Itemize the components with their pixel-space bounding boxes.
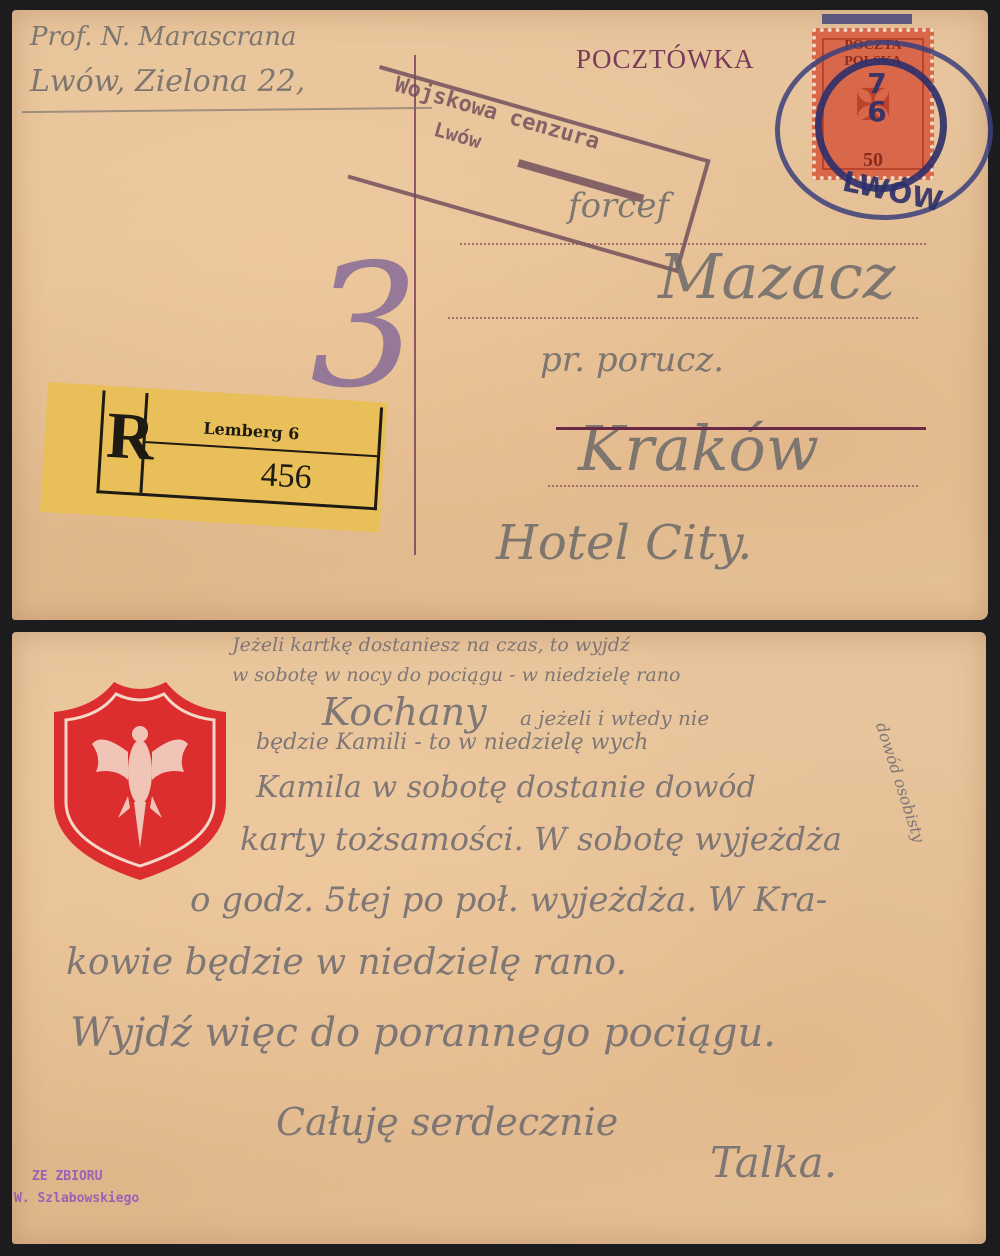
address-line [548, 485, 918, 487]
eagle-shield-icon [44, 672, 236, 884]
recipient-street: Hotel City. [496, 515, 752, 571]
registration-frame: R Lemberg 6 456 [96, 390, 383, 510]
message-greeting: Kochany [322, 690, 487, 734]
recipient-city: Kraków [578, 412, 819, 485]
recipient-rank: pr. porucz. [540, 340, 724, 380]
message-line: kowie będzie w niedzielę rano. [66, 942, 627, 983]
recipient-surname: Mazacz [658, 240, 895, 313]
collection-stamp-line: W. Szlabowskiego [14, 1188, 139, 1210]
registration-divider [142, 441, 377, 457]
message-line: będzie Kamili - to w niedzielę wych [256, 730, 648, 755]
registration-label: R Lemberg 6 456 [40, 382, 387, 533]
message-line: w sobotę w nocy do pociągu - w niedzielę… [232, 664, 680, 686]
message-line: karty tożsamości. W sobotę wyjeżdża [240, 820, 842, 858]
address-line [448, 317, 918, 319]
printed-title: POCZTÓWKA [576, 44, 755, 75]
message-line: Jeżeli kartkę dostaniesz na czas, to wyj… [232, 634, 630, 656]
registration-letter: R [105, 403, 157, 472]
collection-stamp: ZE ZBIORU W. Szlabowskiego [14, 1166, 139, 1210]
postmark-bar [822, 14, 912, 24]
message-line: Kamila w sobotę dostanie dowód [256, 770, 756, 805]
message-closing: Całuję serdecznie [276, 1100, 618, 1144]
registration-number: 456 [260, 456, 313, 497]
postmark-date: 7 6 [842, 70, 912, 126]
sender-address: Lwów, Zielona 22, [30, 64, 305, 99]
registration-office: Lemberg 6 [203, 419, 300, 444]
message-line: o godz. 5tej po poł. wyjeżdża. W Kra- [190, 880, 827, 920]
collection-stamp-line: ZE ZBIORU [14, 1166, 139, 1188]
message-line: Wyjdź więc do porannego pociągu. [70, 1010, 776, 1056]
recipient-first-name: forcef [568, 186, 669, 226]
registration-letter-box: R [99, 391, 148, 493]
pencil-number-mark: 3 [310, 228, 418, 426]
postmark-date-line: 6 [842, 98, 912, 126]
message-line: a jeżeli i wtedy nie [520, 706, 709, 730]
printed-strike-line [556, 427, 926, 430]
postmark-date-line: 7 [842, 70, 912, 98]
message-signature: Talka. [710, 1138, 837, 1187]
sender-name: Prof. N. Marascrana [30, 22, 297, 52]
censorship-stamp-subtext: Lwów [431, 117, 484, 153]
